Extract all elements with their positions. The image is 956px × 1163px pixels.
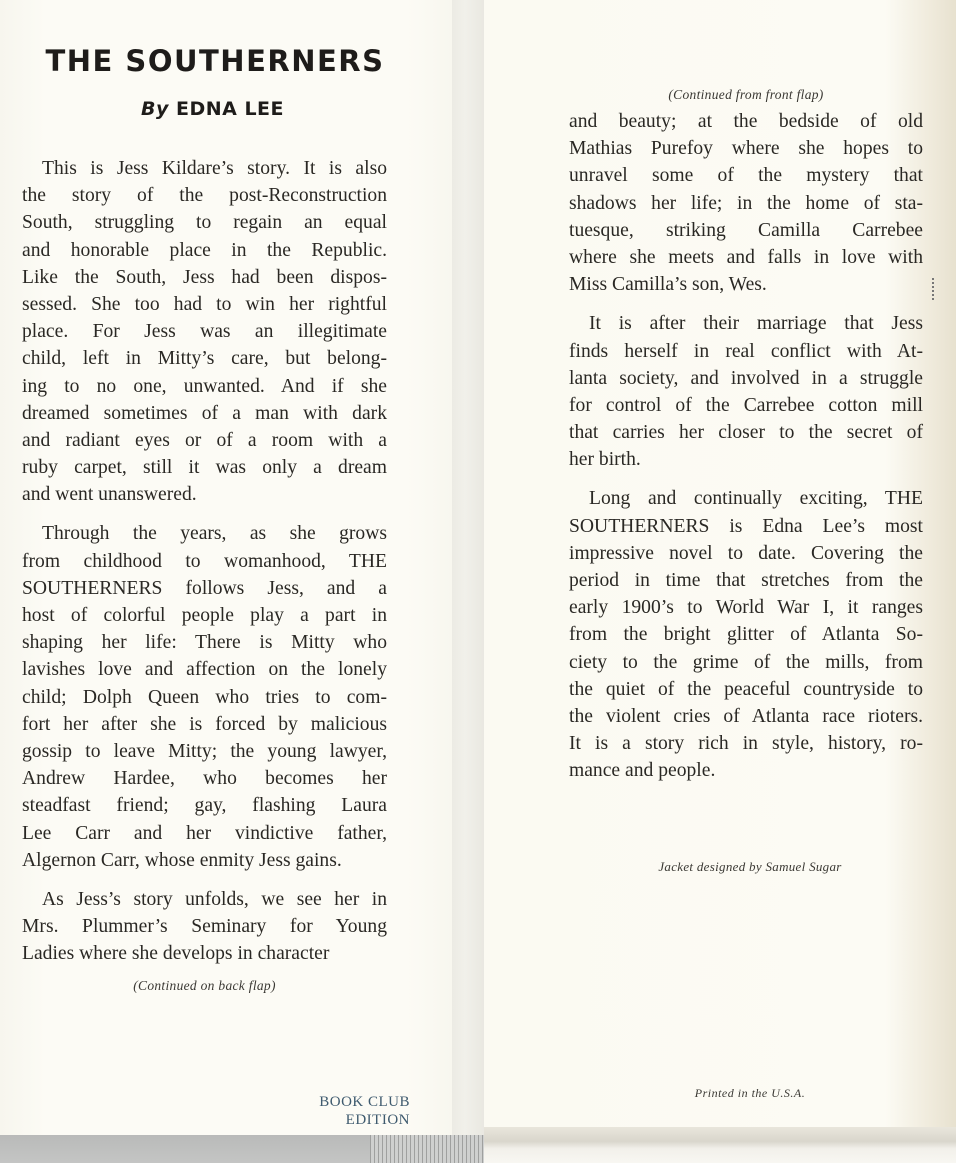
text-line: Mathias Purefoy where she hopes to: [569, 135, 923, 162]
text-line: Ladies where she develops in character: [22, 940, 387, 967]
text-line: where she meets and falls in love with: [569, 244, 923, 271]
text-line: Algernon Carr, whose enmity Jess gains.: [22, 847, 387, 874]
text-line: Andrew Hardee, who becomes her: [22, 765, 387, 792]
text-line: and radiant eyes or of a room with a: [22, 427, 387, 454]
text-line: ruby carpet, still it was only a dream: [22, 454, 387, 481]
text-line: the quiet of the peaceful countryside to: [569, 676, 923, 703]
text-line: mance and people.: [569, 757, 923, 784]
text-line: ciety to the grime of the mills, from: [569, 649, 923, 676]
paragraph: Long and continually exciting, THESOUTHE…: [569, 485, 923, 784]
text-line: lanta society, and involved in a struggl…: [569, 365, 923, 392]
paragraph: It is after their marriage that Jessfind…: [569, 310, 923, 473]
text-line: the story of the post-Reconstruction: [22, 182, 387, 209]
paragraph: This is Jess Kildare’s story. It is also…: [22, 155, 387, 508]
back-flap-text: and beauty; at the bedside of oldMathias…: [569, 108, 923, 797]
continued-on-back-note: (Continued on back flap): [22, 978, 387, 994]
text-line: and went unanswered.: [22, 481, 387, 508]
text-line: Like the South, Jess had been dispos-: [22, 264, 387, 291]
text-line: ing to no one, unwanted. And if she: [22, 373, 387, 400]
spine-texture: [370, 1135, 490, 1163]
text-line: shadows her life; in the home of sta-: [569, 190, 923, 217]
text-line: for control of the Carrebee cotton mill: [569, 392, 923, 419]
edition-line-2: EDITION: [290, 1111, 410, 1129]
text-line: As Jess’s story unfolds, we see her in: [22, 886, 387, 913]
text-line: dreamed sometimes of a man with dark: [22, 400, 387, 427]
front-flap-text: This is Jess Kildare’s story. It is also…: [22, 155, 387, 979]
book-club-edition-label: BOOK CLUB EDITION: [290, 1093, 410, 1129]
text-line: tuesque, striking Camilla Carrebee: [569, 217, 923, 244]
author-name: EDNA LEE: [176, 98, 284, 120]
text-line: Lee Carr and her vindictive father,: [22, 820, 387, 847]
text-line: This is Jess Kildare’s story. It is also: [22, 155, 387, 182]
text-line: steadfast friend; gay, flashing Laura: [22, 792, 387, 819]
jacket-credit: Jacket designed by Samuel Sugar: [600, 859, 900, 875]
text-line: Long and continually exciting, THE: [569, 485, 923, 512]
back-flap-fold: [484, 1127, 956, 1163]
continued-from-front-note: (Continued from front flap): [569, 87, 923, 103]
book-title: THE SOUTHERNERS: [0, 44, 430, 78]
text-line: from childhood to womanhood, THE: [22, 548, 387, 575]
text-line: Miss Camilla’s son, Wes.: [569, 271, 923, 298]
paragraph: Through the years, as she growsfrom chil…: [22, 520, 387, 873]
text-line: unravel some of the mystery that: [569, 162, 923, 189]
text-line: It is after their marriage that Jess: [569, 310, 923, 337]
text-line: early 1900’s to World War I, it ranges: [569, 594, 923, 621]
text-line: Mrs. Plummer’s Seminary for Young: [22, 913, 387, 940]
text-line: South, struggling to regain an equal: [22, 209, 387, 236]
text-line: sessed. She too had to win her rightful: [22, 291, 387, 318]
printed-note: Printed in the U.S.A.: [640, 1086, 860, 1101]
text-line: the violent cries of Atlanta race rioter…: [569, 703, 923, 730]
jacket-bottom-edge: [0, 1135, 956, 1163]
text-line: child, left in Mitty’s care, but belong-: [22, 345, 387, 372]
edge-mark: [932, 278, 934, 302]
text-line: SOUTHERNERS is Edna Lee’s most: [569, 513, 923, 540]
text-line: and honorable place in the Republic.: [22, 237, 387, 264]
text-line: It is a story rich in style, history, ro…: [569, 730, 923, 757]
byline-prefix: By: [141, 98, 169, 120]
text-line: finds herself in real conflict with At-: [569, 338, 923, 365]
edition-line-1: BOOK CLUB: [290, 1093, 410, 1111]
flap-gutter: [452, 0, 484, 1135]
text-line: fort her after she is forced by maliciou…: [22, 711, 387, 738]
paragraph: As Jess’s story unfolds, we see her inMr…: [22, 886, 387, 968]
text-line: shaping her life: There is Mitty who: [22, 629, 387, 656]
text-line: and beauty; at the bedside of old: [569, 108, 923, 135]
byline: By EDNA LEE: [0, 98, 425, 120]
text-line: that carries her closer to the secret of: [569, 419, 923, 446]
text-line: period in time that stretches from the: [569, 567, 923, 594]
text-line: gossip to leave Mitty; the young lawyer,: [22, 738, 387, 765]
text-line: lavishes love and affection on the lonel…: [22, 656, 387, 683]
text-line: from the bright glitter of Atlanta So-: [569, 621, 923, 648]
text-line: host of colorful people play a part in: [22, 602, 387, 629]
text-line: Through the years, as she grows: [22, 520, 387, 547]
text-line: child; Dolph Queen who tries to com-: [22, 684, 387, 711]
text-line: her birth.: [569, 446, 923, 473]
text-line: place. For Jess was an illegitimate: [22, 318, 387, 345]
paragraph: and beauty; at the bedside of oldMathias…: [569, 108, 923, 298]
text-line: SOUTHERNERS follows Jess, and a: [22, 575, 387, 602]
text-line: impressive novel to date. Covering the: [569, 540, 923, 567]
